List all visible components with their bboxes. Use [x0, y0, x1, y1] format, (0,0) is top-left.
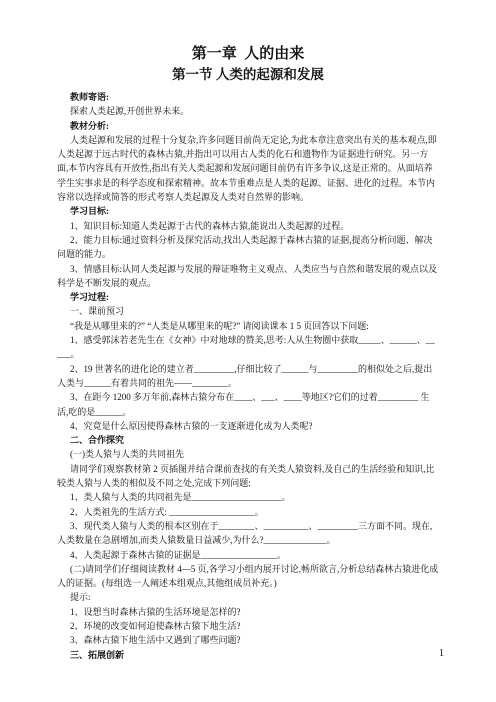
hint-2: 2、环境的改变如何迫使森林古猿下地生活?	[57, 619, 439, 633]
hint-3: 3、森林古猿下地生活中又遇到了哪些问题?	[57, 633, 439, 647]
document-page: 第一章 人的由来 第一节 人类的起源和发展 教师寄语: 探索人类起源,开创世界未…	[0, 0, 496, 702]
material-analysis-heading: 教材分析:	[57, 119, 439, 133]
teacher-message-body: 探索人类起源,开创世界未来。	[57, 104, 439, 118]
preview-section-heading: 一、课前预习	[57, 304, 439, 318]
hint-1: 1、设想当时森林古猿的生活环境是怎样的?	[57, 605, 439, 619]
cooperation-part1-heading: (一)类人猿与人类的共同祖先	[57, 447, 439, 461]
material-analysis-body: 人类起源和发展的过程十分复杂,许多问题目前尚无定论,为此本章注意突出有关的基本观…	[57, 133, 439, 204]
preview-item-2: 2、19 世著名的进化论的建立者_________,仔细比较了______与__…	[57, 362, 439, 391]
cooperation-part1-intro: 请同学们观察教材第 2 页插图并结合课前查找的有关类人猿资料,及自己的生活经验和…	[57, 462, 439, 491]
objective-emotion: 3、情感目标:认同人类起源与发展的辩证唯物主义观点、人类应当与自然和谐发展的观点…	[57, 262, 439, 291]
hints-heading: 提示:	[57, 590, 439, 604]
cooperation-item-3: 3、现代类人猿与人类的根本区别在于________、__________、___…	[57, 519, 439, 548]
cooperation-item-1: 1、类人猿与人类的共同祖先是____________________。	[57, 490, 439, 504]
section-title: 第一节 人类的起源和发展	[57, 64, 439, 85]
preview-item-4: 4、究竟是什么原因使得森林古猿的一支逐渐进化成为人类呢?	[57, 419, 439, 433]
objectives-heading: 学习目标:	[57, 204, 439, 218]
page-number: 1	[439, 648, 444, 660]
preview-intro: “我是从哪里来的?” “人类是从哪里来的呢?” 请阅读课本 1 5 页回答以下问…	[57, 319, 439, 333]
preview-item-1: 1、感受郭沫若老先生在《女神》中对地球的赞美,思考:人从生物圈中获取_____、…	[57, 333, 439, 362]
expansion-section-heading: 三、拓展创新	[57, 648, 439, 662]
process-heading: 学习过程:	[57, 290, 439, 304]
cooperation-section-heading: 二、合作探究	[57, 433, 439, 447]
objective-ability: 2、能力目标:通过资料分析及探究活动,找出人类起源于森林古猿的证据,提高分析问题…	[57, 233, 439, 262]
cooperation-item-2: 2、人类祖先的生活方式: ___________________。	[57, 505, 439, 519]
chapter-title: 第一章 人的由来	[57, 44, 439, 64]
cooperation-item-4: 4、人类起源于森林古猿的证据是_________________。	[57, 548, 439, 562]
document-body: 教师寄语: 探索人类起源,开创世界未来。 教材分析: 人类起源和发展的过程十分复…	[57, 90, 439, 662]
cooperation-part2: (二)请同学们仔细阅读教材 4—5 页,各学习小组内展开讨论,畅所欲言,分析总结…	[57, 562, 439, 591]
objective-knowledge: 1、知识目标:知道人类起源于古代的森林古猿,能说出人类起源的过程。	[57, 219, 439, 233]
teacher-message-heading: 教师寄语:	[57, 90, 439, 104]
preview-item-3: 3、在距今 1200 多万年前,森林古猿分布在____、___、____等地区?…	[57, 390, 439, 419]
